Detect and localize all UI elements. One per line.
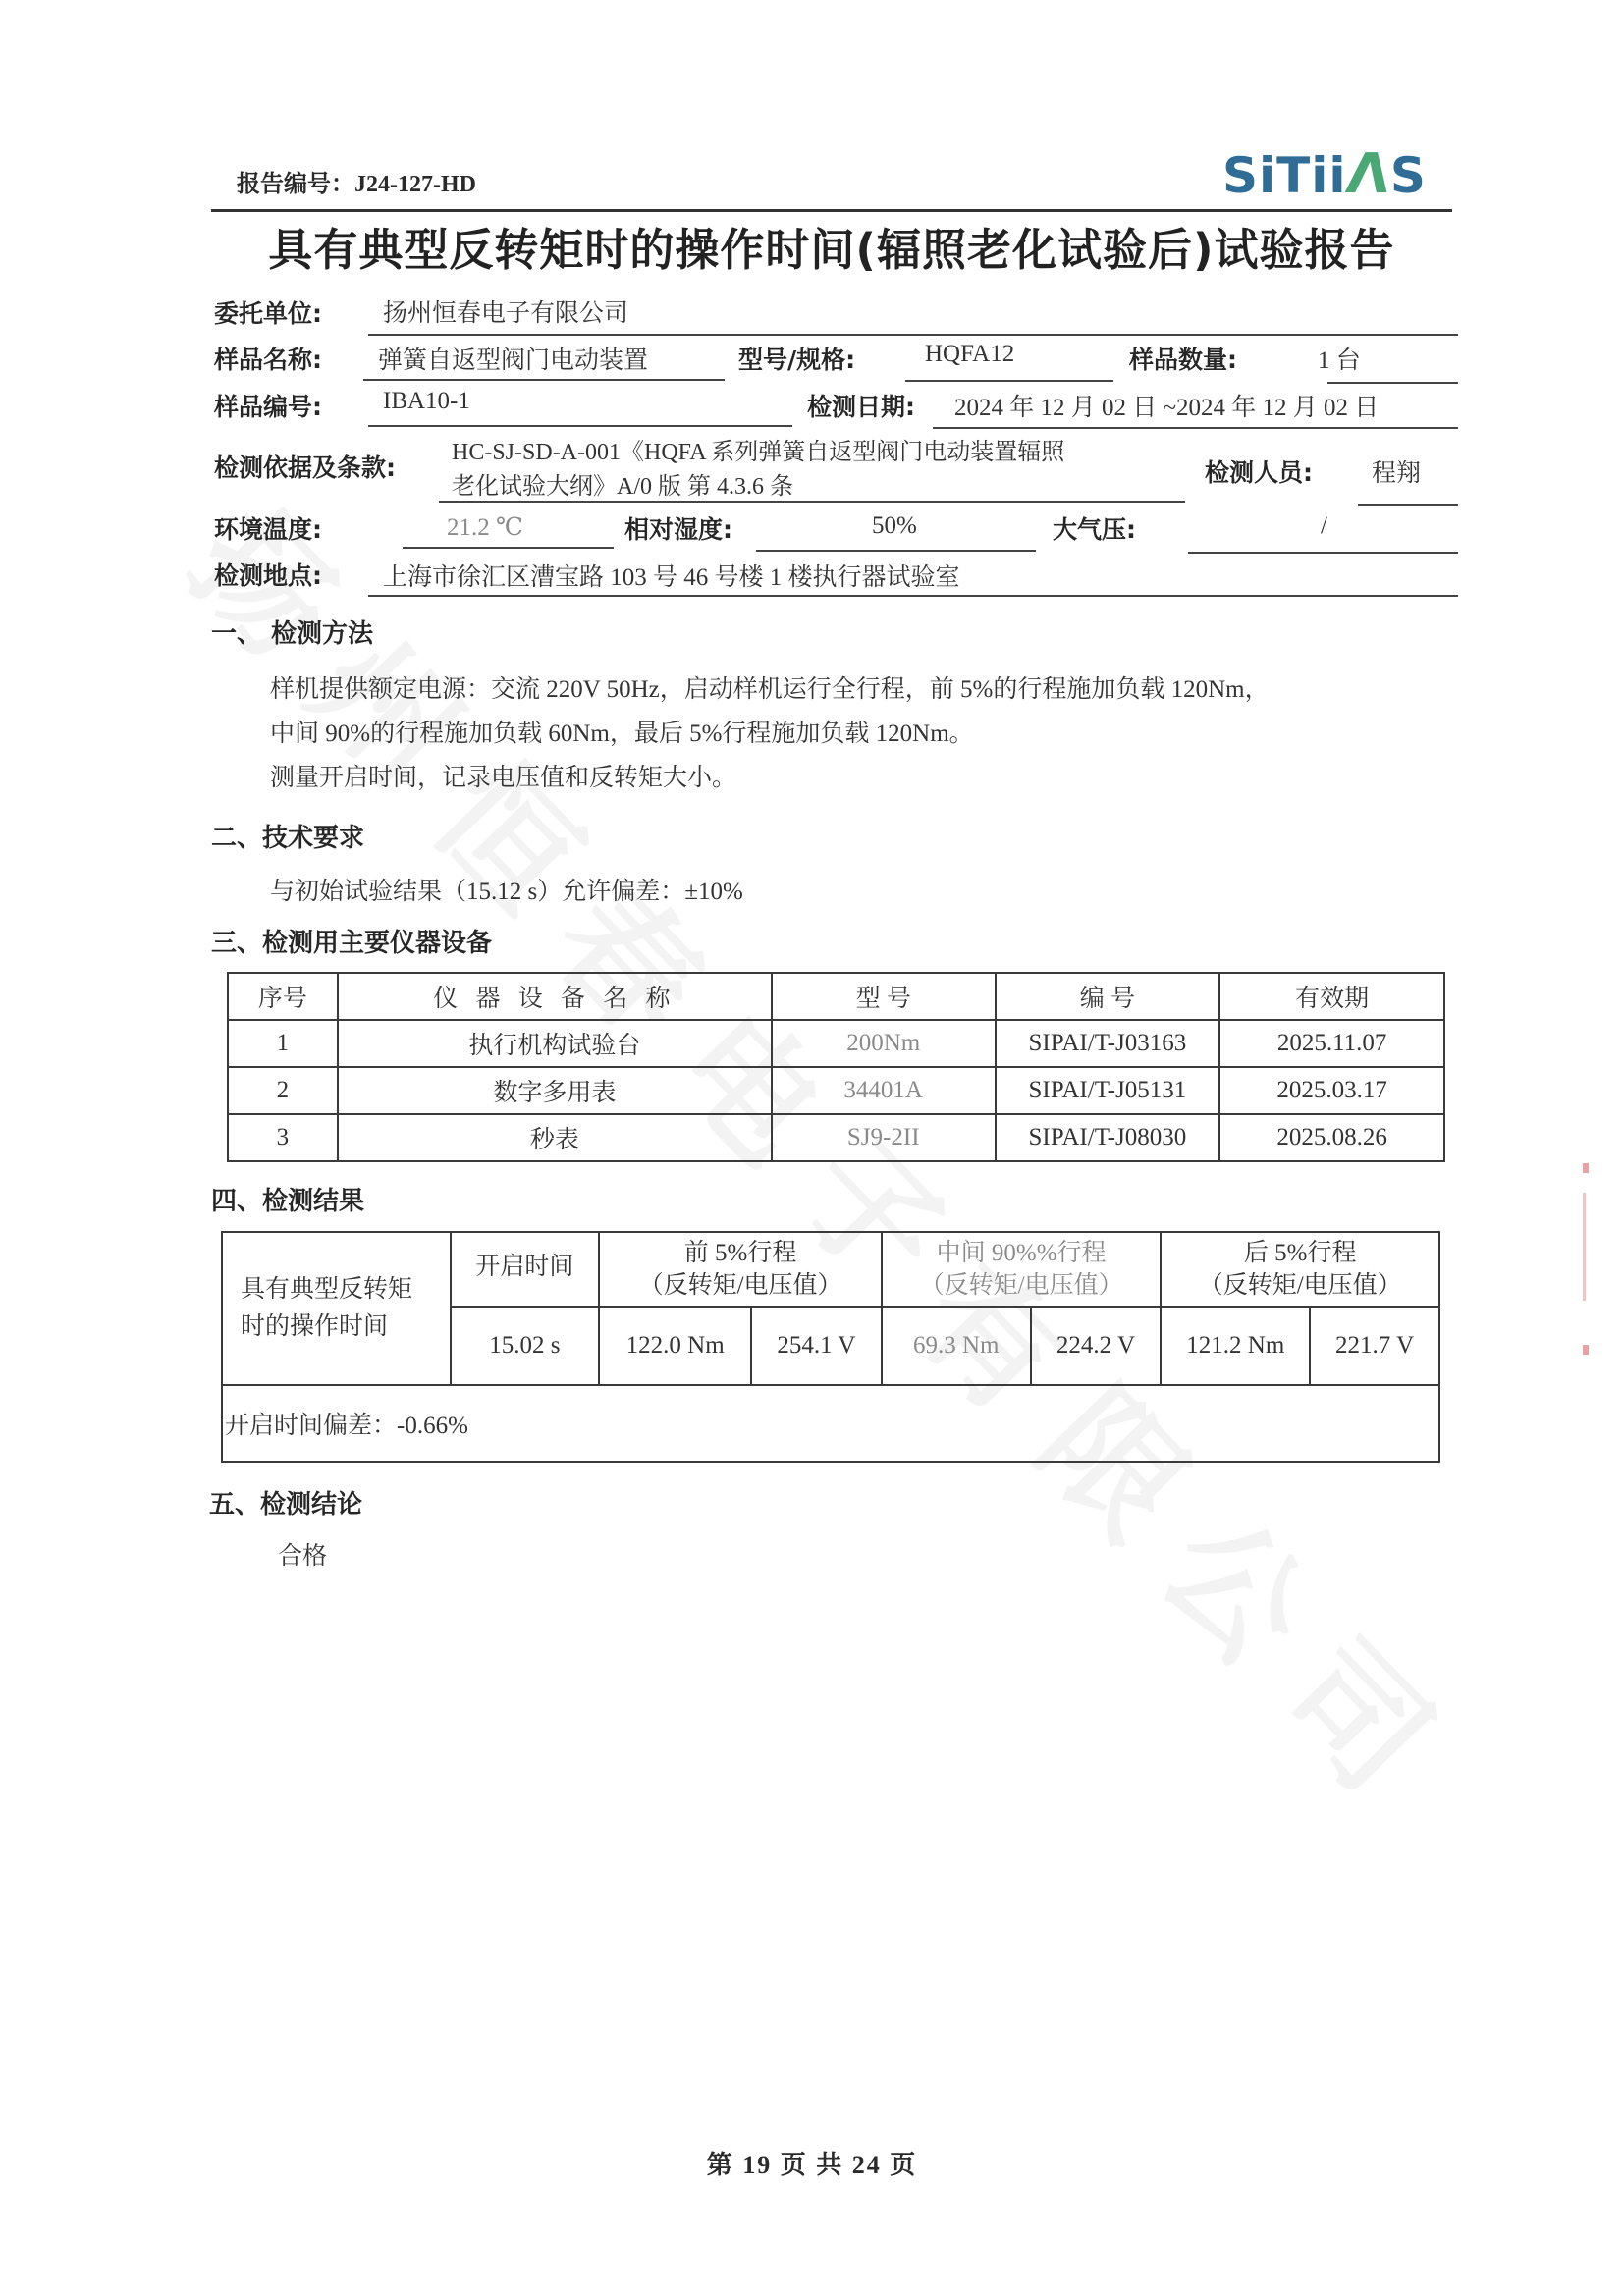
open-time-header: 开启时间 — [451, 1232, 600, 1307]
row-label-line-1: 具有典型反转矩 — [241, 1271, 450, 1308]
basis-line-1: HC-SJ-SD-A-001《HQFA 系列弹簧自返型阀门电动装置辐照 — [452, 432, 1064, 466]
row-validity: 2025.08.26 — [1219, 1114, 1444, 1161]
row-name: 秒表 — [338, 1114, 772, 1161]
last-5-voltage: 221.7 V — [1310, 1307, 1439, 1385]
requirement-heading: 二、技术要求 — [211, 818, 364, 854]
quantity-label: 样品数量: — [1129, 341, 1237, 376]
group-header-first-5: 前 5%行程 （反转矩/电压值） — [599, 1232, 882, 1307]
temperature-underline — [403, 547, 614, 549]
model-label: 型号/规格: — [738, 341, 855, 376]
temperature-value: 21.2 ℃ — [447, 512, 523, 542]
method-line-1: 样机提供额定电源：交流 220V 50Hz，启动样机运行全行程，前 5%的行程施… — [270, 669, 1270, 705]
row-index: 1 — [228, 1020, 338, 1067]
row-validity: 2025.11.07 — [1219, 1020, 1444, 1067]
header-rule — [211, 209, 1452, 212]
equipment-table: 序号 仪 器 设 备 名 称 型 号 编 号 有效期 1 执行机构试验台 200… — [227, 972, 1445, 1162]
tester-value: 程翔 — [1372, 454, 1421, 489]
row-model: 200Nm — [772, 1020, 996, 1067]
row-model: 34401A — [772, 1067, 996, 1114]
humidity-underline — [756, 550, 1036, 552]
results-header-row: 具有典型反转矩 时的操作时间 开启时间 前 5%行程 （反转矩/电压值） 中间 … — [222, 1232, 1439, 1307]
open-time-deviation: 开启时间偏差：-0.66% — [222, 1385, 1439, 1462]
basis-line-2: 老化试验大纲》A/0 版 第 4.3.6 条 — [452, 466, 793, 501]
group-subtitle: （反转矩/电压值） — [883, 1269, 1161, 1302]
sitiias-logo: SiTiiΛS — [1222, 147, 1427, 201]
table-row: 1 执行机构试验台 200Nm SIPAI/T-J03163 2025.11.0… — [228, 1020, 1444, 1067]
col-header-index: 序号 — [228, 973, 338, 1020]
group-subtitle: （反转矩/电压值） — [1162, 1269, 1438, 1302]
logo-text: SiTiiΛS — [1222, 147, 1427, 204]
model-value: HQFA12 — [925, 341, 1014, 368]
col-header-validity: 有效期 — [1219, 973, 1444, 1020]
first-5-torque: 122.0 Nm — [599, 1307, 751, 1385]
sample-no-underline — [368, 425, 792, 427]
sample-no-value: IBA10-1 — [383, 388, 470, 415]
basis-underline — [439, 501, 1185, 503]
location-value: 上海市徐汇区漕宝路 103 号 46 号楼 1 楼执行器试验室 — [383, 558, 960, 593]
group-header-middle-90: 中间 90%%行程 （反转矩/电压值） — [882, 1232, 1162, 1307]
sample-name-underline — [363, 379, 725, 381]
col-header-model: 型 号 — [772, 973, 996, 1020]
row-serial: SIPAI/T-J08030 — [996, 1114, 1220, 1161]
group-title: 中间 90%%行程 — [883, 1237, 1161, 1269]
col-header-name: 仪 器 设 备 名 称 — [338, 973, 772, 1020]
report-number: 报告编号：J24-127-HD — [237, 164, 476, 198]
test-date-underline — [933, 427, 1458, 429]
model-underline — [905, 380, 1113, 382]
table-row: 3 秒表 SJ9-2II SIPAI/T-J08030 2025.08.26 — [228, 1114, 1444, 1161]
location-underline — [368, 595, 1458, 597]
open-time-value: 15.02 s — [451, 1307, 600, 1385]
quantity-value: 1 台 — [1318, 341, 1361, 376]
results-heading: 四、检测结果 — [211, 1181, 364, 1217]
results-table: 具有典型反转矩 时的操作时间 开启时间 前 5%行程 （反转矩/电压值） 中间 … — [221, 1231, 1440, 1463]
scan-edge-marks — [1583, 1163, 1591, 1360]
pressure-underline — [1188, 552, 1458, 554]
group-subtitle: （反转矩/电压值） — [600, 1269, 881, 1302]
method-heading: 一、 检测方法 — [211, 614, 373, 650]
method-line-3: 测量开启时间，记录电压值和反转矩大小。 — [270, 758, 736, 793]
results-deviation-row: 开启时间偏差：-0.66% — [222, 1385, 1439, 1462]
row-name: 数字多用表 — [338, 1067, 772, 1114]
last-5-torque: 121.2 Nm — [1161, 1307, 1310, 1385]
temperature-label: 环境温度: — [214, 510, 322, 546]
method-line-2: 中间 90%的行程施加负载 60Nm，最后 5%行程施加负载 120Nm。 — [270, 714, 974, 749]
page-number: 第 19 页 共 24 页 — [0, 2145, 1624, 2181]
row-label-cell: 具有典型反转矩 时的操作时间 — [222, 1232, 451, 1385]
conclusion-heading: 五、检测结论 — [209, 1484, 362, 1521]
sample-name-value: 弹簧自返型阀门电动装置 — [378, 341, 648, 376]
equipment-heading: 三、检测用主要仪器设备 — [211, 923, 492, 959]
report-number-value: J24-127-HD — [354, 172, 476, 197]
row-model: SJ9-2II — [772, 1114, 996, 1161]
group-header-last-5: 后 5%行程 （反转矩/电压值） — [1161, 1232, 1439, 1307]
conclusion-text: 合格 — [278, 1536, 327, 1572]
middle-90-torque: 69.3 Nm — [882, 1307, 1031, 1385]
group-title: 后 5%行程 — [1162, 1237, 1438, 1269]
client-underline — [368, 334, 1458, 336]
row-validity: 2025.03.17 — [1219, 1067, 1444, 1114]
row-serial: SIPAI/T-J03163 — [996, 1020, 1220, 1067]
client-label: 委托单位: — [214, 294, 322, 330]
quantity-underline — [1327, 382, 1458, 384]
sample-name-label: 样品名称: — [214, 341, 322, 376]
sample-no-label: 样品编号: — [214, 388, 322, 423]
humidity-label: 相对湿度: — [624, 510, 732, 546]
test-date-label: 检测日期: — [807, 388, 915, 423]
humidity-value: 50% — [872, 512, 917, 540]
row-label-line-2: 时的操作时间 — [241, 1308, 450, 1346]
equipment-header-row: 序号 仪 器 设 备 名 称 型 号 编 号 有效期 — [228, 973, 1444, 1020]
row-name: 执行机构试验台 — [338, 1020, 772, 1067]
group-title: 前 5%行程 — [600, 1237, 881, 1269]
requirement-text: 与初始试验结果（15.12 s）允许偏差：±10% — [270, 872, 743, 907]
first-5-voltage: 254.1 V — [751, 1307, 882, 1385]
pressure-label: 大气压: — [1053, 510, 1136, 546]
test-date-value: 2024 年 12 月 02 日 ~2024 年 12 月 02 日 — [954, 388, 1379, 423]
page-title: 具有典型反转矩时的操作时间(辐照老化试验后)试验报告 — [211, 214, 1452, 278]
table-row: 2 数字多用表 34401A SIPAI/T-J05131 2025.03.17 — [228, 1067, 1444, 1114]
row-index: 3 — [228, 1114, 338, 1161]
logo-a-glyph: Λ — [1343, 147, 1394, 201]
tester-label: 检测人员: — [1205, 454, 1313, 489]
basis-label: 检测依据及条款: — [214, 449, 396, 484]
client-value: 扬州恒春电子有限公司 — [383, 294, 628, 329]
row-index: 2 — [228, 1067, 338, 1114]
pressure-value: / — [1321, 512, 1327, 540]
tester-underline — [1358, 504, 1458, 506]
row-serial: SIPAI/T-J05131 — [996, 1067, 1220, 1114]
report-number-label: 报告编号： — [237, 170, 354, 197]
middle-90-voltage: 224.2 V — [1031, 1307, 1162, 1385]
col-header-serial: 编 号 — [996, 973, 1220, 1020]
location-label: 检测地点: — [214, 557, 322, 592]
